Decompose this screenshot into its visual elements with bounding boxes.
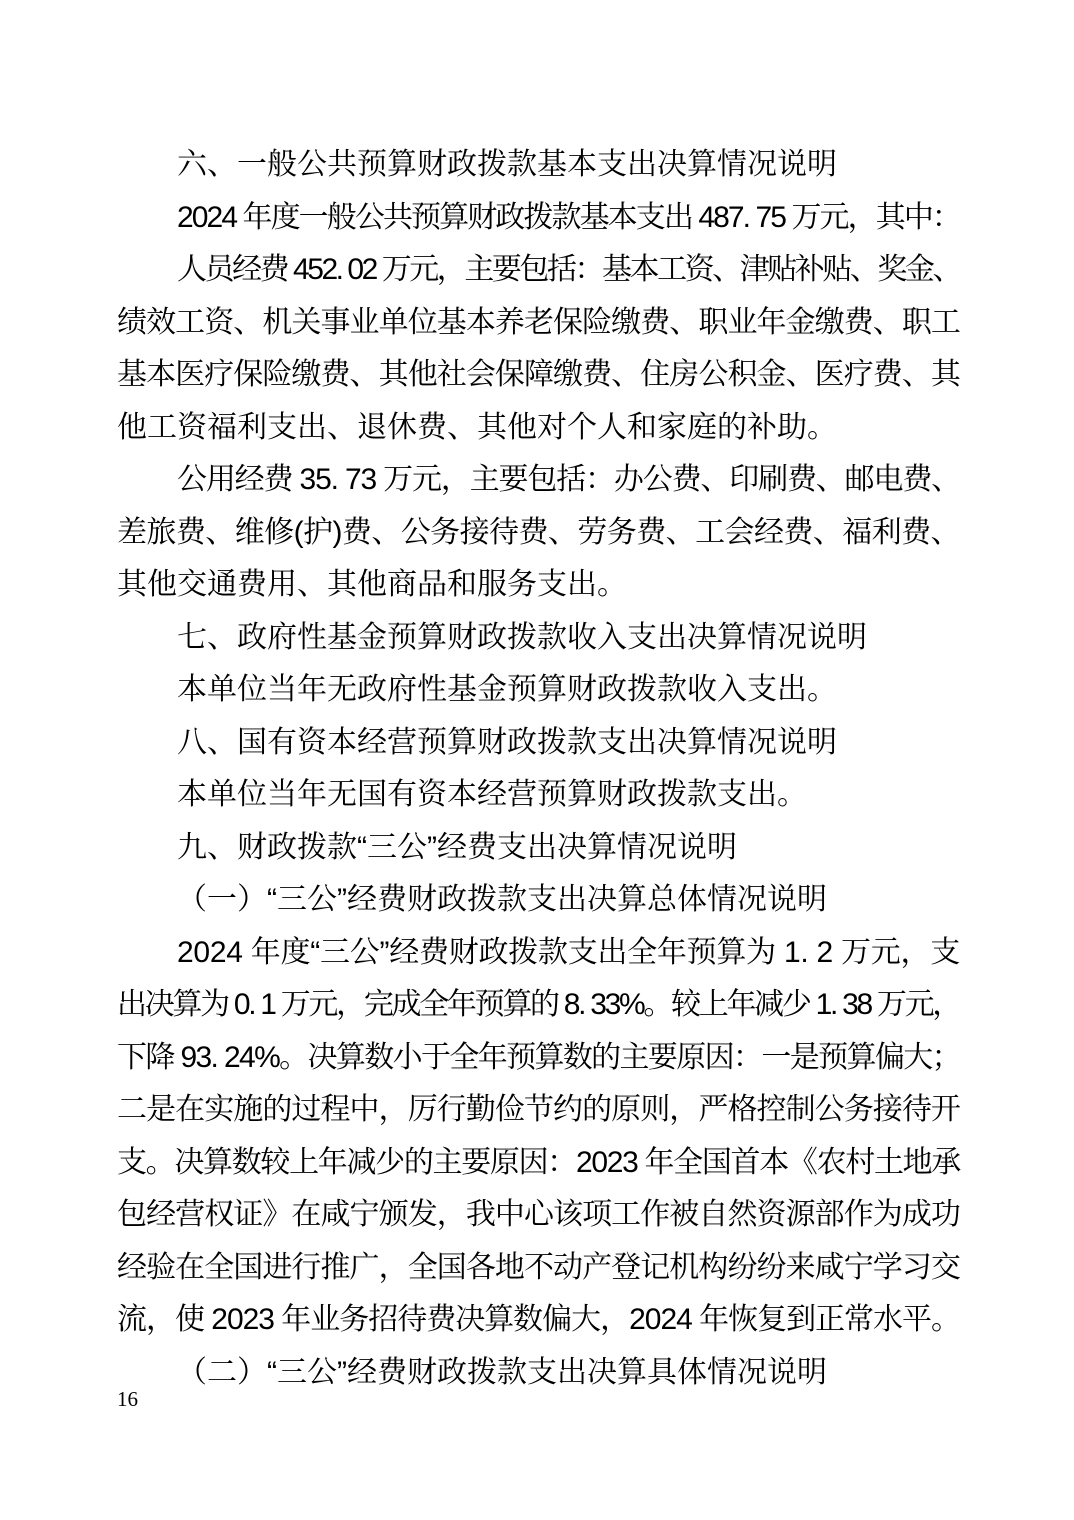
text-line: 本单位当年无国有资本经营预算财政拨款支出。 <box>117 769 960 822</box>
text-line: 公用经费 35. 73 万元，主要包括：办公费、印刷费、邮电费、 <box>117 454 960 507</box>
text-line: （一）“三公”经费财政拨款支出决算总体情况说明 <box>117 874 960 927</box>
text-line: 七、政府性基金预算财政拨款收入支出决算情况说明 <box>117 612 960 665</box>
text-line: 包经营权证》在咸宁颁发，我中心该项工作被自然资源部作为成功 <box>117 1189 960 1242</box>
text-line: 二是在实施的过程中，厉行勤俭节约的原则，严格控制公务接待开 <box>117 1084 960 1137</box>
text-line-content: 人员经费 452. 02 万元，主要包括：基本工资、津贴补贴、奖金、 <box>177 244 960 297</box>
text-line: 其他交通费用、其他商品和服务支出。 <box>117 559 960 612</box>
text-line-content: 本单位当年无国有资本经营预算财政拨款支出。 <box>177 769 807 822</box>
text-line-content: （二）“三公”经费财政拨款支出决算具体情况说明 <box>177 1347 827 1400</box>
text-line-content: 支。决算数较上年减少的主要原因：2023 年全国首本《农村土地承 <box>117 1137 960 1190</box>
text-line-content: 绩效工资、机关事业单位基本养老保险缴费、职业年金缴费、职工 <box>117 297 960 350</box>
text-line-content: 经验在全国进行推广，全国各地不动产登记机构纷纷来咸宁学习交 <box>117 1242 960 1295</box>
text-line-content: 二是在实施的过程中，厉行勤俭节约的原则，严格控制公务接待开 <box>117 1084 960 1137</box>
text-line: 下降 93. 24%。决算数小于全年预算数的主要原因：一是预算偏大； <box>117 1032 960 1085</box>
text-line: 经验在全国进行推广，全国各地不动产登记机构纷纷来咸宁学习交 <box>117 1242 960 1295</box>
text-line: 九、财政拨款“三公”经费支出决算情况说明 <box>117 822 960 875</box>
text-line: 基本医疗保险缴费、其他社会保障缴费、住房公积金、医疗费、其 <box>117 349 960 402</box>
text-line: 流，使 2023 年业务招待费决算数偏大，2024 年恢复到正常水平。 <box>117 1294 960 1347</box>
text-line: 八、国有资本经营预算财政拨款支出决算情况说明 <box>117 717 960 770</box>
text-line-content: 流，使 2023 年业务招待费决算数偏大，2024 年恢复到正常水平。 <box>117 1294 960 1347</box>
text-line: 支。决算数较上年减少的主要原因：2023 年全国首本《农村土地承 <box>117 1137 960 1190</box>
text-line-content: 九、财政拨款“三公”经费支出决算情况说明 <box>177 822 737 875</box>
text-line-content: 下降 93. 24%。决算数小于全年预算数的主要原因：一是预算偏大； <box>117 1032 960 1085</box>
document-body: 六、一般公共预算财政拨款基本支出决算情况说明2024 年度一般公共预算财政拨款基… <box>117 139 960 1399</box>
text-line-content: 基本医疗保险缴费、其他社会保障缴费、住房公积金、医疗费、其 <box>117 349 960 402</box>
text-line: 2024 年度“三公”经费财政拨款支出全年预算为 1. 2 万元，支 <box>117 927 960 980</box>
text-line-content: 七、政府性基金预算财政拨款收入支出决算情况说明 <box>177 612 867 665</box>
text-line: （二）“三公”经费财政拨款支出决算具体情况说明 <box>117 1347 960 1400</box>
text-line-content: 本单位当年无政府性基金预算财政拨款收入支出。 <box>177 664 837 717</box>
text-line-content: 包经营权证》在咸宁颁发，我中心该项工作被自然资源部作为成功 <box>117 1189 960 1242</box>
text-line: 他工资福利支出、退休费、其他对个人和家庭的补助。 <box>117 402 960 455</box>
text-line: 绩效工资、机关事业单位基本养老保险缴费、职业年金缴费、职工 <box>117 297 960 350</box>
text-line-content: 出决算为 0. 1 万元，完成全年预算的 8. 33%。较上年减少 1. 38 … <box>117 979 960 1032</box>
document-page: 六、一般公共预算财政拨款基本支出决算情况说明2024 年度一般公共预算财政拨款基… <box>0 0 1074 1520</box>
text-line-content: 公用经费 35. 73 万元，主要包括：办公费、印刷费、邮电费、 <box>177 454 960 507</box>
text-line-content: 八、国有资本经营预算财政拨款支出决算情况说明 <box>177 717 837 770</box>
page-number: 16 <box>117 1386 138 1412</box>
text-line: 人员经费 452. 02 万元，主要包括：基本工资、津贴补贴、奖金、 <box>117 244 960 297</box>
text-line-content: 其他交通费用、其他商品和服务支出。 <box>117 559 627 612</box>
text-line-content: 2024 年度一般公共预算财政拨款基本支出 487. 75 万元，其中： <box>177 192 960 245</box>
text-line-content: 六、一般公共预算财政拨款基本支出决算情况说明 <box>177 139 837 192</box>
text-line: 2024 年度一般公共预算财政拨款基本支出 487. 75 万元，其中： <box>117 192 960 245</box>
text-line: 差旅费、维修(护)费、公务接待费、劳务费、工会经费、福利费、 <box>117 507 960 560</box>
text-line-content: （一）“三公”经费财政拨款支出决算总体情况说明 <box>177 874 827 927</box>
text-line-content: 2024 年度“三公”经费财政拨款支出全年预算为 1. 2 万元，支 <box>177 927 960 980</box>
text-line: 本单位当年无政府性基金预算财政拨款收入支出。 <box>117 664 960 717</box>
text-line: 出决算为 0. 1 万元，完成全年预算的 8. 33%。较上年减少 1. 38 … <box>117 979 960 1032</box>
text-line-content: 他工资福利支出、退休费、其他对个人和家庭的补助。 <box>117 402 837 455</box>
text-line: 六、一般公共预算财政拨款基本支出决算情况说明 <box>117 139 960 192</box>
text-line-content: 差旅费、维修(护)费、公务接待费、劳务费、工会经费、福利费、 <box>117 507 960 560</box>
